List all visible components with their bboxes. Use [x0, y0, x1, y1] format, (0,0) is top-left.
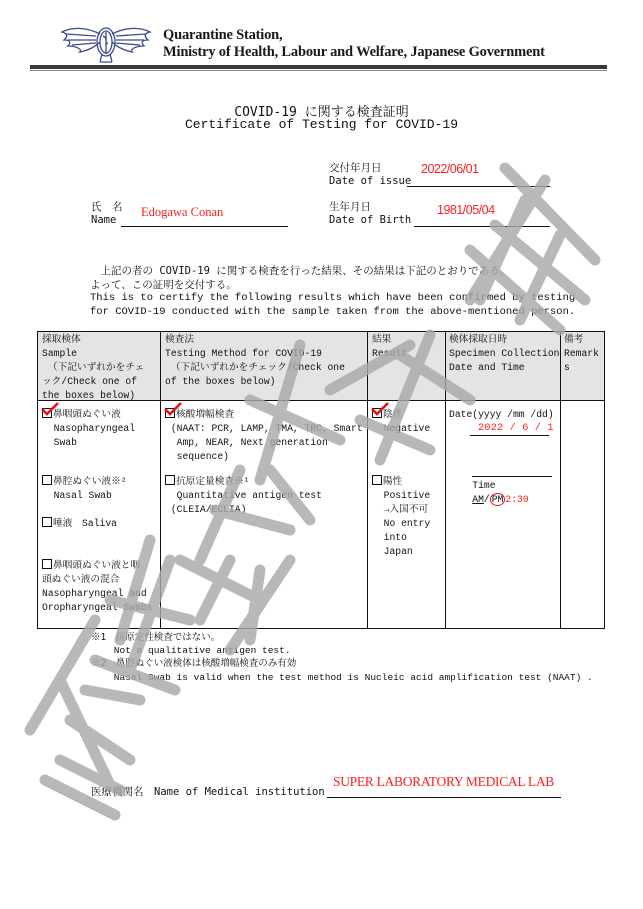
date-of-issue-value[interactable]: 2022/06/01	[421, 162, 479, 176]
col-divider	[445, 332, 446, 628]
collection-time-row: Time AM/PM2:30	[449, 465, 529, 521]
option-label: 唾液 Saliva	[53, 518, 117, 529]
issuing-organization: Quarantine Station, Ministry of Health, …	[163, 27, 545, 61]
header-rule-thin	[30, 70, 607, 71]
option-label: 鼻咽頭ぬぐい液と咽 頭ぬぐい液の混合 Nasopharyngeal and Or…	[42, 560, 152, 613]
checkbox[interactable]	[372, 475, 382, 485]
date-of-birth-value[interactable]: 1981/05/04	[437, 203, 495, 217]
col-divider	[560, 332, 561, 628]
result-option-positive[interactable]: 陽性 Positive →入国不可 No entry into Japan	[372, 475, 430, 559]
quarantine-emblem-icon	[60, 22, 152, 66]
name-underline	[121, 226, 288, 227]
checkmark-icon	[164, 402, 182, 416]
statement-ja-line1: 上記の者の COVID-19 に関する検査を行った結果、その結果は下記のとおりで…	[90, 265, 510, 279]
header-method: 検査法 Testing Method for COVID-19 （下記いずれかを…	[165, 333, 345, 389]
statement-en-line2: for COVID-19 conducted with the sample t…	[90, 306, 575, 320]
col-divider	[367, 332, 368, 628]
option-label: 陽性 Positive →入国不可 No entry into Japan	[372, 476, 430, 557]
date-of-birth-label: 生年月日 Date of Birth	[329, 201, 411, 227]
collection-date-underline	[470, 435, 549, 436]
sample-option-nasal[interactable]: 鼻腔ぬぐい液※² Nasal Swab	[42, 475, 127, 503]
option-label: 核酸増幅検査 (NAAT: PCR, LAMP, TMA, TRC, Smart…	[165, 409, 363, 462]
institution-value[interactable]: SUPER LABORATORY MEDICAL LAB	[333, 774, 554, 790]
header-remarks: 備考 Remark s	[564, 333, 599, 375]
col-divider	[160, 332, 161, 628]
name-label: 氏 名 Name	[91, 201, 123, 227]
name-label-ja: 氏 名	[91, 201, 123, 214]
date-of-birth-label-ja: 生年月日	[329, 201, 411, 214]
checkmark-icon	[41, 402, 59, 416]
collection-time-value[interactable]: 2:30	[505, 494, 528, 505]
header-sample: 採取検体 Sample （下記いずれかをチェ ック/Check one of t…	[42, 333, 144, 403]
option-label: 抗原定量検査※¹ Quantitative antigen test (CLEI…	[165, 476, 322, 515]
org-line-1: Quarantine Station,	[163, 27, 545, 44]
date-of-birth-underline	[414, 226, 550, 227]
org-line-2: Ministry of Health, Labour and Welfare, …	[163, 44, 545, 61]
footnote-1-en: Not a qualitative antigen test.	[91, 644, 291, 658]
header-rule-thick	[30, 65, 607, 69]
checkmark-icon	[371, 402, 389, 416]
footnote-2-en: Nasal Swab is valid when the test method…	[91, 671, 593, 685]
date-of-birth-label-en: Date of Birth	[329, 214, 411, 227]
option-label: 鼻腔ぬぐい液※² Nasal Swab	[42, 476, 127, 501]
collection-time-underline	[472, 476, 552, 477]
method-option-antigen[interactable]: 抗原定量検査※¹ Quantitative antigen test (CLEI…	[165, 475, 322, 517]
time-label: Time	[472, 480, 495, 491]
test-results-table: 採取検体 Sample （下記いずれかをチェ ック/Check one of t…	[37, 331, 605, 629]
name-label-en: Name	[91, 214, 123, 227]
checkbox[interactable]	[165, 475, 175, 485]
name-value[interactable]: Edogawa Conan	[141, 205, 223, 220]
am-option[interactable]: AM	[472, 494, 484, 505]
footnote-1-ja: ※1 抗原定性検査ではない。	[91, 631, 220, 645]
statement-ja-line2: よって、この証明を交付する。	[90, 279, 237, 293]
checkbox[interactable]	[42, 517, 52, 527]
institution-underline	[327, 797, 561, 798]
method-option-naat[interactable]: 核酸増幅検査 (NAAT: PCR, LAMP, TMA, TRC, Smart…	[165, 408, 363, 464]
checkbox[interactable]	[42, 559, 52, 569]
date-of-issue-label: 交付年月日 Date of issue	[329, 162, 411, 188]
collection-date-label: Date(yyyy /mm /dd)	[449, 408, 554, 422]
header-collection: 検体採取日時 Specimen Collection Date and Time	[449, 333, 559, 375]
statement-en-line1: This is to certify the following results…	[90, 292, 575, 306]
pm-option-selected[interactable]: PM	[490, 493, 506, 506]
institution-label: 医療機関名 Name of Medical institution	[91, 786, 325, 799]
collection-date-value[interactable]: 2022 / 6 / 1	[478, 421, 554, 435]
date-of-issue-label-en: Date of issue	[329, 175, 411, 188]
footnote-2-ja: ※2 鼻腔ぬぐい液検体は核酸増幅検査のみ有効	[91, 657, 296, 671]
title-english: Certificate of Testing for COVID-19	[0, 117, 643, 132]
header-result: 結果 Result	[372, 333, 407, 361]
sample-option-saliva[interactable]: 唾液 Saliva	[42, 517, 117, 531]
checkbox[interactable]	[42, 475, 52, 485]
sample-option-mixed[interactable]: 鼻咽頭ぬぐい液と咽 頭ぬぐい液の混合 Nasopharyngeal and Or…	[42, 559, 152, 615]
date-of-issue-label-ja: 交付年月日	[329, 162, 411, 175]
date-of-issue-underline	[407, 186, 550, 187]
